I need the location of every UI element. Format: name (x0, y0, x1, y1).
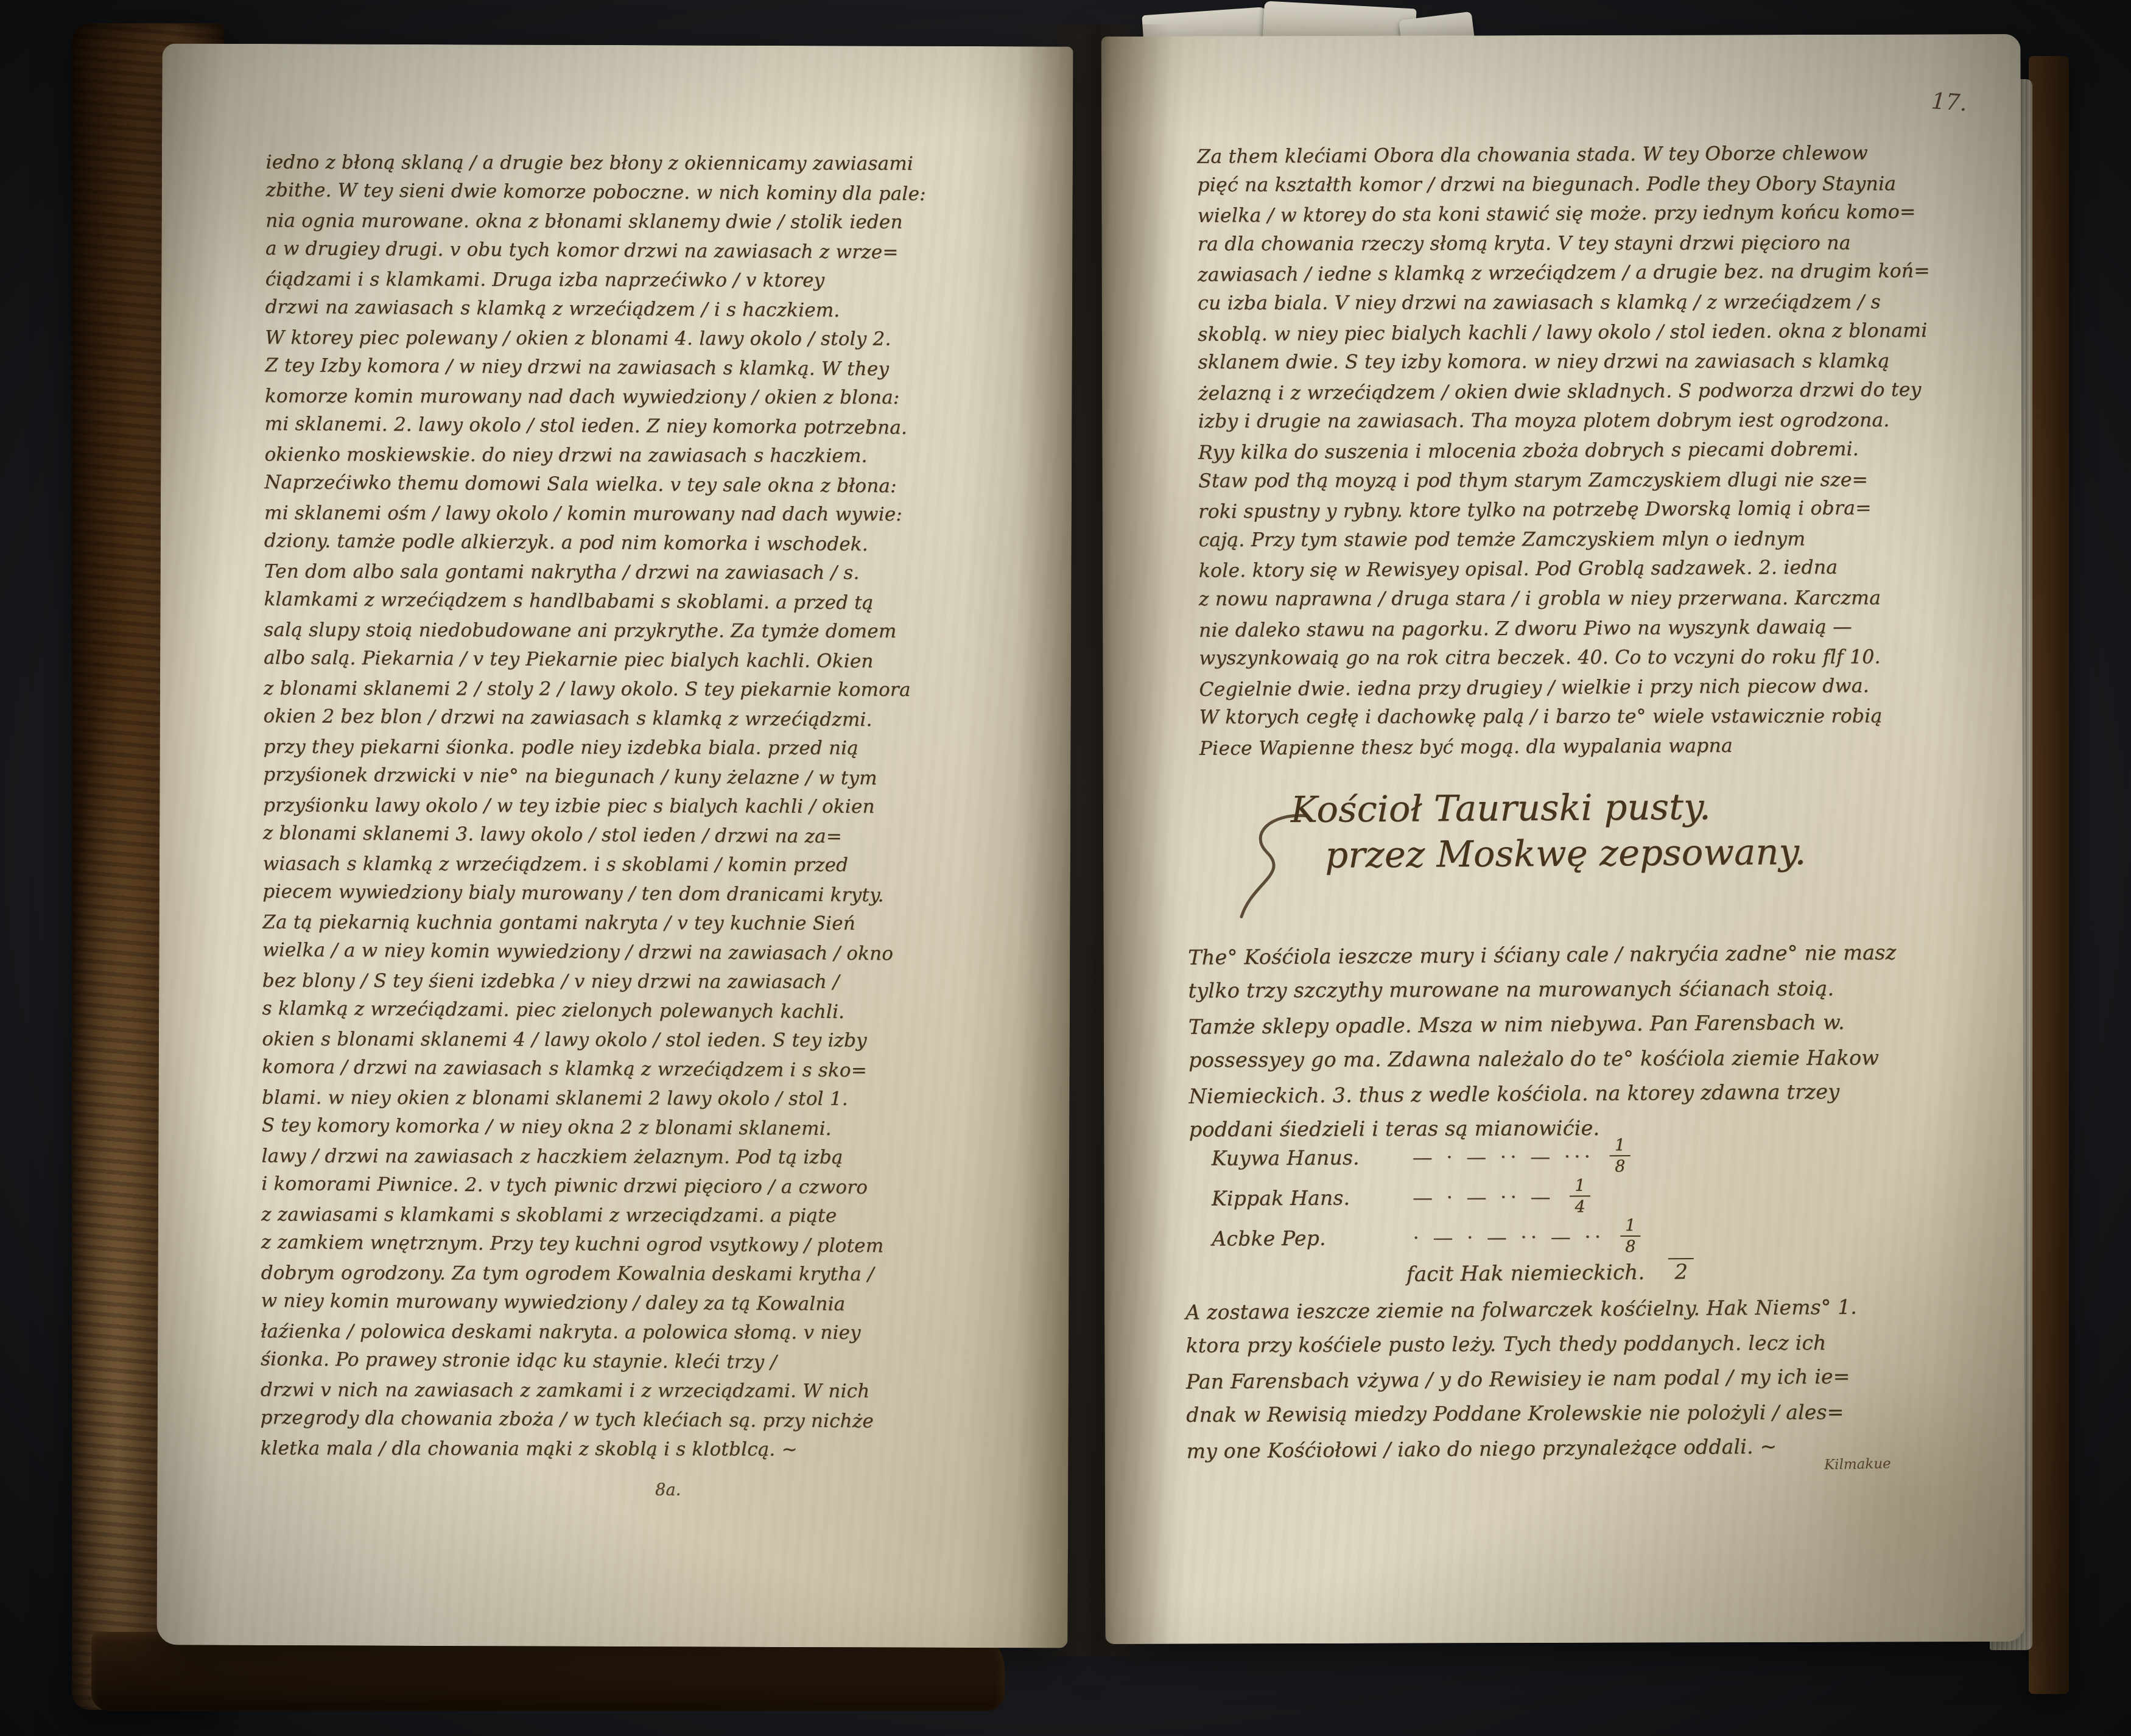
manuscript-line: cu izba biala. V niey drzwi na zawiasach… (1198, 291, 2001, 322)
section-heading: Kościoł Tauruski pusty. przez Moskwę zep… (1291, 785, 1806, 876)
manuscript-line: dobrym ogrodzony. Za tym ogrodem Kowalni… (261, 1262, 1047, 1293)
manuscript-line: wyszynkowaią go na rok citra beczek. 40.… (1199, 646, 2003, 677)
manuscript-line: i komorami Piwnice. 2. v tych piwnic drz… (261, 1173, 1047, 1207)
manuscript-line: Cegielnie dwie. iedna przy drugiey / wie… (1199, 674, 2003, 708)
manuscript-line: okien 2 bez blon / drzwi na zawiasach s … (263, 705, 1048, 739)
manuscript-line: ktora przy kośćiele pusto leży. Tych the… (1186, 1330, 2014, 1368)
manuscript-line: Piece Wapienne thesz być mogą. dla wypal… (1199, 733, 2003, 767)
manuscript-line: salą slupy stoią niedobudowane ani przyk… (264, 619, 1049, 650)
manuscript-line: a w drugiey drugi. v obu tych komor drzw… (265, 237, 1051, 272)
facit-text: facit Hak niemieckich. (1406, 1260, 1645, 1287)
manuscript-line: ra dla chowania rzeczy słomą kryta. V te… (1198, 232, 2001, 263)
manuscript-line: blami. w niey okien z blonami sklanemi 2… (262, 1087, 1047, 1118)
manuscript-line: The° Kośćiola ieszcze mury i śćiany cale… (1188, 940, 2004, 980)
manuscript-line: Naprzećiwko themu domowi Sala wielka. v … (264, 471, 1050, 505)
fraction-numerator: 1 (1610, 1137, 1631, 1156)
landholder-name: Acbke Pep. (1212, 1225, 1413, 1250)
manuscript-line: Za them klećiami Obora dla chowania stad… (1197, 141, 2001, 175)
manuscript-line: S tey komory komorka / w niey okna 2 z b… (262, 1114, 1047, 1148)
manuscript-line: przy they piekarni śionka. podle niey iz… (263, 736, 1048, 767)
landholder-list: Kuywa Hanus. — · — ·· — ··· 1 8 Kippak H… (1211, 1134, 1820, 1258)
heading-line-2: przez Moskwę zepsowany. (1325, 831, 1806, 876)
landholder-name: Kuywa Hanus. (1212, 1145, 1413, 1170)
folio-number: 17. (1931, 88, 1968, 116)
heading-line-2-text: przez Moskwę zepsowany. (1325, 831, 1806, 876)
manuscript-line: kole. ktory się w Rewisyey opisal. Pod G… (1199, 556, 2003, 590)
marginal-annotation: Kilmakue (1824, 1456, 1891, 1473)
manuscript-line: zawiasach / iedne s klamką z wrzećiądzem… (1198, 260, 2001, 294)
dash-leader: — · — ·· — ··· (1413, 1144, 1595, 1169)
share-fraction: 1 8 (1620, 1217, 1641, 1255)
manuscript-line: A zostawa ieszcze ziemie na folwarczek k… (1185, 1293, 2013, 1335)
manuscript-line: sklanem dwie. S tey izby komora. w niey … (1198, 350, 2001, 381)
manuscript-line: przegrody dla chowania zboża / w tych kl… (260, 1407, 1045, 1441)
manuscript-line: komorze komin murowany nad dach wywiedzi… (265, 385, 1050, 416)
leather-binding-right (2029, 56, 2069, 1694)
landholder-row: Kippak Hans. — · — ·· — 1 4 (1212, 1175, 1820, 1218)
landholder-name: Kippak Hans. (1212, 1185, 1413, 1210)
manuscript-line: łaźienka / polowica deskami nakryta. a p… (261, 1321, 1046, 1352)
manuscript-line: przyśionek drzwicki v nie° na biegunach … (263, 764, 1048, 798)
manuscript-line: Ryy kilka do suszenia i mlocenia zboża d… (1198, 437, 2002, 471)
manuscript-line: z zamkiem wnętrznym. Przy tey kuchni ogr… (261, 1231, 1047, 1265)
manuscript-line: komora / drzwi na zawiasach s klamką z w… (262, 1056, 1047, 1090)
fraction-numerator: 1 (1570, 1177, 1590, 1197)
manuscript-line: wielka / a w niey komin wywiedziony / dr… (262, 939, 1048, 973)
manuscript-line: Niemieckich. 3. thus z wedle kośćiola. n… (1188, 1078, 2004, 1119)
manuscript-line: Tamże sklepy opadle. Msza w nim niebywa.… (1188, 1009, 2004, 1050)
manuscript-line: izby i drugie na zawiasach. Tha moyza pl… (1198, 409, 2002, 440)
share-fraction: 1 8 (1610, 1137, 1631, 1175)
manuscript-line: roki spustny y rybny. ktore tylko na pot… (1198, 496, 2002, 530)
manuscript-line: piecem wywiedziony bialy murowany / ten … (262, 880, 1048, 915)
dash-leader: — · — ·· — (1413, 1184, 1554, 1209)
manuscript-line: mi sklanemi. 2. lawy okolo / stol ieden.… (265, 413, 1050, 447)
manuscript-line: W ktorych cegłę i dachowkę palą / i barz… (1199, 705, 2003, 736)
manuscript-line: dnak w Rewisią miedzy Poddane Krolewskie… (1186, 1399, 2014, 1438)
church-paragraph: The° Kośćiola ieszcze mury i śćiany cale… (1188, 940, 2005, 1153)
manuscript-line: z nowu naprawna / druga stara / i grobla… (1199, 587, 2003, 618)
closing-paragraph: A zostawa ieszcze ziemie na folwarczek k… (1185, 1295, 2015, 1473)
manuscript-photo: iedno z błoną sklaną / a drugie bez błon… (0, 0, 2131, 1736)
manuscript-line: przyśionku lawy okolo / w tey izbie piec… (263, 795, 1048, 826)
fraction-denominator: 8 (1610, 1156, 1631, 1175)
manuscript-line: bez blony / S tey śieni izdebka / v niey… (262, 970, 1048, 1001)
landholder-row: Kuywa Hanus. — · — ·· — ··· 1 8 (1211, 1134, 1820, 1178)
manuscript-line: wielka / w ktorey do sta koni stawić się… (1198, 201, 2001, 235)
manuscript-line: albo salą. Piekarnia / v tey Piekarnie p… (264, 647, 1049, 681)
manuscript-line: pięć na kształth komor / drzwi na biegun… (1197, 172, 2001, 203)
manuscript-line: ćiądzami i s klamkami. Druga izba naprze… (265, 269, 1051, 300)
manuscript-line: nie daleko stawu na pagorku. Z dworu Piw… (1199, 615, 2003, 649)
manuscript-line: mi sklanemi ośm / lawy okolo / komin mur… (264, 502, 1050, 533)
manuscript-line: dziony. tamże podle alkierzyk. a pod nim… (264, 530, 1050, 564)
manuscript-line: żelazną i z wrzećiądzem / okien dwie skl… (1198, 378, 2002, 412)
right-page-opening-text: Za them klećiami Obora dla chowania stad… (1197, 142, 2003, 767)
facit-value: 2 (1668, 1258, 1694, 1284)
manuscript-line: possessyey go ma. Zdawna należalo do te°… (1188, 1045, 2004, 1083)
fraction-denominator: 4 (1570, 1197, 1590, 1215)
manuscript-line: skoblą. w niey piec bialych kachli / law… (1198, 319, 2001, 353)
manuscript-line: z blonami sklanemi 3. lawy okolo / stol … (263, 822, 1048, 856)
manuscript-line: lawy / drzwi na zawiasach z haczkiem żel… (261, 1145, 1047, 1176)
share-fraction: 1 4 (1570, 1177, 1590, 1215)
manuscript-line: cają. Przy tym stawie pod temże Zamczysk… (1198, 528, 2002, 559)
gathering-mark: 8a. (655, 1481, 681, 1500)
facit-total-line: facit Hak niemieckich. 2 (1406, 1258, 1694, 1287)
calligraphic-flourish (1234, 810, 1325, 926)
manuscript-line: iedno z błoną sklaną / a drugie bez błon… (266, 152, 1051, 183)
manuscript-line: okien s blonami sklanemi 4 / lawy okolo … (262, 1028, 1047, 1060)
manuscript-line: tylko trzy szczythy murowane na murowany… (1188, 976, 2004, 1014)
dash-leader: · — · — ·· — ·· (1413, 1225, 1604, 1249)
manuscript-line: z blonami sklanemi 2 / stoly 2 / lawy ok… (264, 678, 1049, 709)
manuscript-line: Ten dom albo sala gontami nakrytha / drz… (264, 561, 1050, 592)
manuscript-line: klamkami z wrzećiądzem s handlbabami s s… (264, 588, 1049, 622)
manuscript-line: śionka. Po prawey stronie idąc ku stayni… (261, 1348, 1046, 1382)
landholder-row: Acbke Pep. · — · — ·· — ·· 1 8 (1212, 1215, 1820, 1258)
manuscript-line: okienko moskiewskie. do niey drzwi na za… (264, 444, 1050, 475)
manuscript-line: zbithe. W tey sieni dwie komorze poboczn… (265, 179, 1051, 213)
manuscript-line: s klamką z wrzećiądzami. piec zielonych … (262, 997, 1047, 1031)
fraction-numerator: 1 (1620, 1217, 1641, 1237)
fraction-denominator: 8 (1620, 1237, 1641, 1255)
heading-line-1: Kościoł Tauruski pusty. (1291, 785, 1806, 831)
manuscript-line: nia ognia murowane. okna z błonami sklan… (265, 210, 1051, 241)
manuscript-line: W ktorey piec polewany / okien z blonami… (265, 327, 1050, 358)
manuscript-line: Staw pod thą moyzą i pod thym starym Zam… (1198, 468, 2002, 499)
manuscript-line: kletka mala / dla chowania mąki z skoblą… (260, 1438, 1045, 1469)
manuscript-line: drzwi na zawiasach s klamką z wrzećiądze… (265, 296, 1050, 330)
left-page-text: iedno z błoną sklaną / a drugie bez błon… (260, 150, 1051, 1469)
manuscript-line: Za tą piekarnią kuchnia gontami nakryta … (262, 912, 1048, 943)
manuscript-line: z zawiasami s klamkami s skoblami z wrze… (261, 1204, 1047, 1235)
manuscript-line: Z tey Izby komora / w niey drzwi na zawi… (265, 354, 1050, 388)
manuscript-line: Pan Farensbach vżywa / y do Rewisiey ie … (1186, 1363, 2014, 1404)
manuscript-line: drzwi v nich na zawiasach z zamkami i z … (261, 1379, 1046, 1410)
manuscript-line: w niey komin murowany wywiedziony / dale… (261, 1290, 1046, 1324)
manuscript-line: wiasach s klamką z wrzećiądzem. i s skob… (263, 853, 1048, 884)
